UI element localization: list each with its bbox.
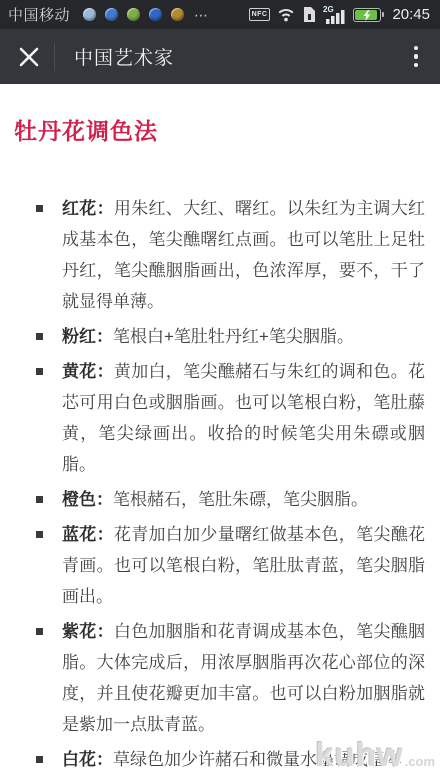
list-item: 红花：用朱红、大红、曙红。以朱红为主调大红成基本色，笔尖醮曙红点画。也可以笔肚上… [62,193,425,317]
phone-screen: 中国移动 ⋯ NFC 2G [0,0,440,782]
status-bar: 中国移动 ⋯ NFC 2G [0,0,440,29]
notification-icons [83,8,184,21]
list-item: 橙色：笔根赭石，笔肚朱磦，笔尖胭脂。 [62,484,425,515]
carrier-label: 中国移动 [8,4,70,25]
sim-card-icon [302,6,316,23]
list-item: 紫花：白色加胭脂和花青调成基本色，笔尖醮胭脂。大体完成后，用浓厚胭脂再次花心部位… [62,616,425,740]
app-icon-1 [83,8,96,21]
item-text: 用朱红、大红、曙红。以朱红为主调大红成基本色，笔尖醮曙红点画。也可以笔肚上足牡丹… [62,199,425,311]
signal-strength-icon: 2G [323,5,346,24]
item-label: 白花： [62,750,113,769]
item-label: 紫花： [62,622,114,641]
clock-label: 20:45 [392,6,430,23]
list-item: 蓝花：花青加白加少量曙红做基本色，笔尖醮花青画。也可以笔根白粉，笔肚肽青蓝，笔尖… [62,519,425,612]
list-item: 粉红：笔根白+笔肚牡丹红+笔尖胭脂。 [62,321,425,352]
item-text: 白色加胭脂和花青调成基本色，笔尖醮胭脂。大体完成后，用浓厚胭脂再次花心部位的深度… [62,622,425,734]
item-label: 红花： [62,199,114,218]
page-title: 中国艺术家 [74,43,174,70]
watermark-suffix: .com [405,754,435,769]
battery-icon [353,8,381,22]
item-label: 蓝花： [62,525,114,544]
list-item: 黄花：黄加白，笔尖醮赭石与朱红的调和色。花芯可用白色或胭脂画。也可以笔根白粉，笔… [62,356,425,480]
close-icon [19,47,39,67]
watermark-text: kuhw [315,736,403,774]
item-label: 黄花： [62,362,114,381]
item-text: 黄加白，笔尖醮赭石与朱红的调和色。花芯可用白色或胭脂画。也可以笔根白粉，笔肚藤黄… [62,362,425,474]
status-indicators: NFC 2G [249,5,430,24]
item-text: 花青加白加少量曙红做基本色，笔尖醮花青画。也可以笔根白粉，笔肚肽青蓝，笔尖胭脂画… [62,525,425,606]
close-button[interactable] [14,42,44,72]
article-content: 牡丹花调色法 红花：用朱红、大红、曙红。以朱红为主调大红成基本色，笔尖醮曙红点画… [0,84,440,782]
app-icon-4 [149,8,162,21]
network-type-label: 2G [323,5,334,14]
menu-dots-icon [414,46,419,51]
nfc-icon: NFC [249,8,271,21]
nav-divider [54,43,55,71]
color-method-list: 红花：用朱红、大红、曙红。以朱红为主调大红成基本色，笔尖醮曙红点画。也可以笔肚上… [0,193,440,775]
item-text: 笔根白+笔肚牡丹红+笔尖胭脂。 [113,327,354,346]
menu-button[interactable] [406,40,427,74]
app-icon-5 [171,8,184,21]
charging-bolt-icon [363,10,371,21]
watermark: kuhw .com [315,736,435,774]
wifi-icon [277,8,295,22]
item-label: 粉红： [62,327,113,346]
article-title: 牡丹花调色法 [14,113,440,146]
app-icon-2 [105,8,118,21]
nav-bar: 中国艺术家 [0,29,440,84]
item-label: 橙色： [62,490,113,509]
more-notifications-icon: ⋯ [194,8,208,22]
item-text: 笔根赭石，笔肚朱磦，笔尖胭脂。 [113,490,368,509]
app-icon-3 [127,8,140,21]
